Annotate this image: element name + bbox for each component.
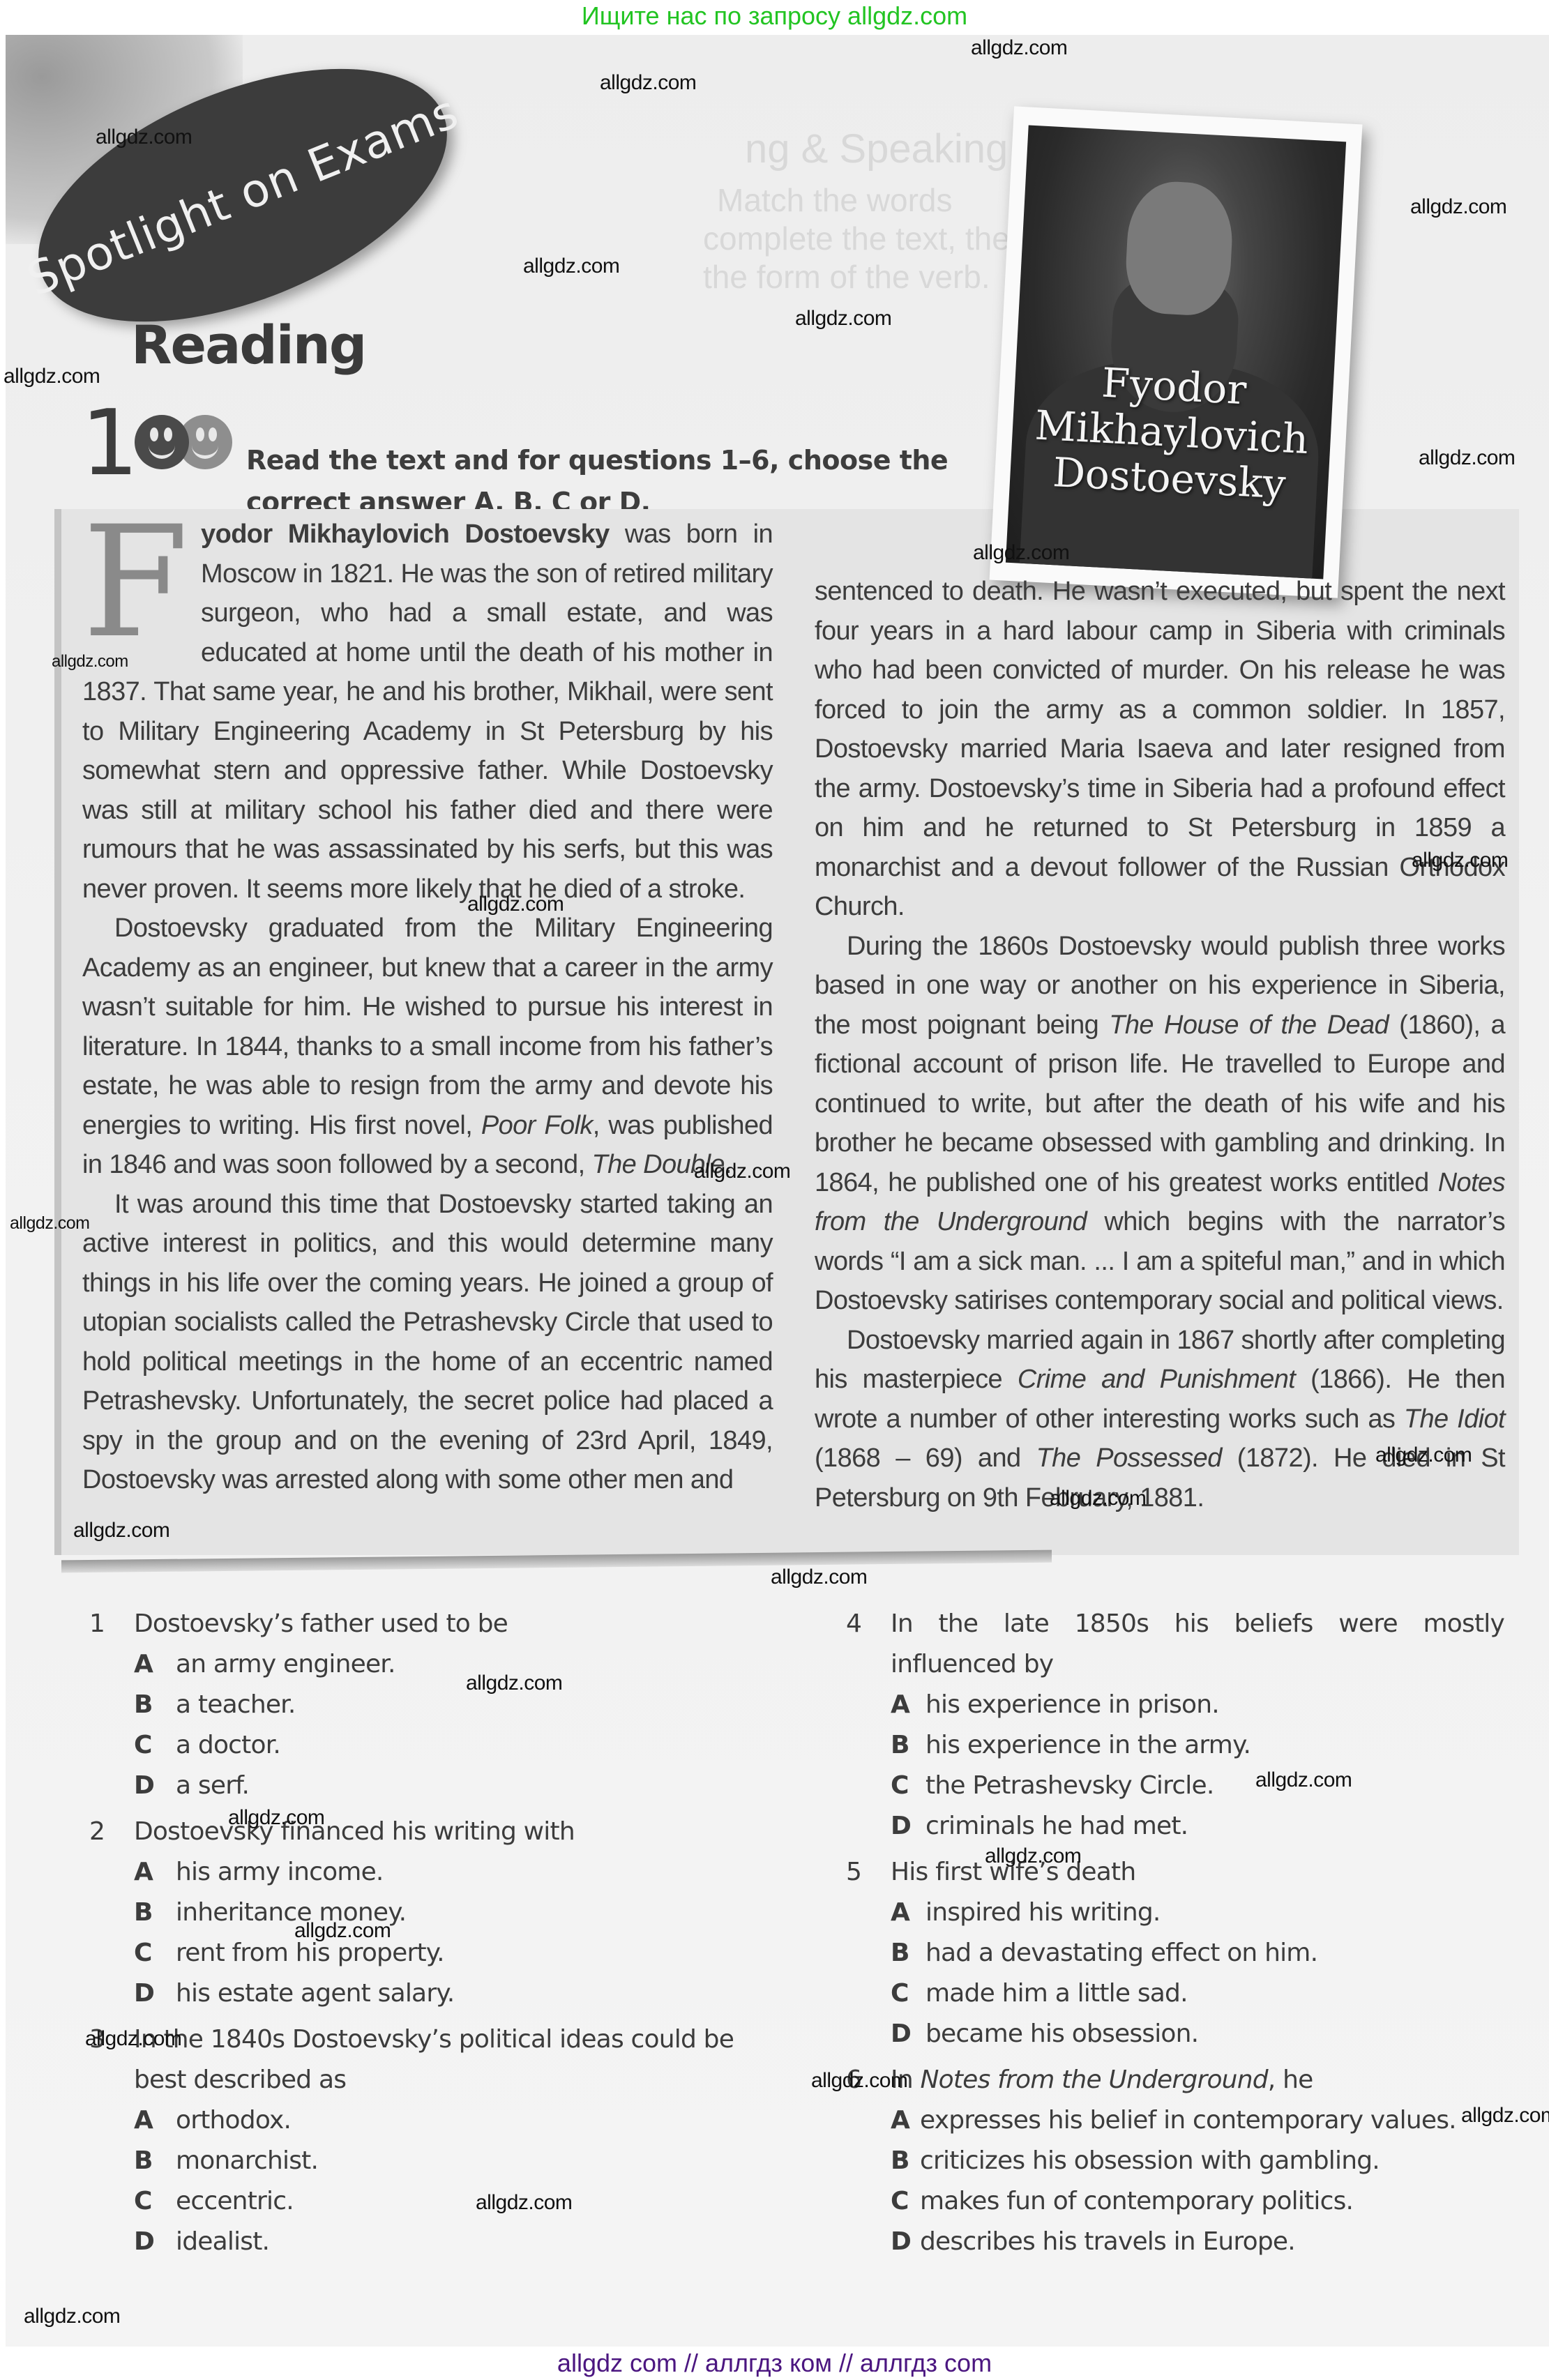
watermark: allgdz.com bbox=[85, 2027, 181, 2051]
watermark: allgdz.com bbox=[294, 1919, 391, 1943]
book-title: The Possessed bbox=[1036, 1443, 1222, 1473]
watermark: allgdz.com bbox=[3, 365, 100, 388]
ghost-line: the form of the verb. bbox=[703, 258, 990, 296]
questions-left-column: 1Dostoevsky’s father used to be Aan army… bbox=[89, 1604, 787, 2268]
book-title: The House of the Dead bbox=[1109, 1010, 1389, 1040]
watermark: allgdz.com bbox=[771, 1566, 867, 1589]
questions-right-column: 4In the late 1850s his beliefs were most… bbox=[846, 1604, 1543, 2268]
watermark: allgdz.com bbox=[1375, 1443, 1472, 1467]
paragraph-6: Dostoevsky married again in 1867 shortly… bbox=[815, 1321, 1505, 1518]
question-number: 5 bbox=[846, 1852, 891, 1893]
ghost-line: complete the text, the bbox=[703, 220, 1010, 257]
answer-option-b[interactable]: Ba teacher. bbox=[89, 1685, 787, 1725]
portrait-image: Fyodor Mikhaylovich Dostoevsky bbox=[1006, 125, 1346, 579]
portrait-caption: Fyodor Mikhaylovich Dostoevsky bbox=[1009, 355, 1334, 510]
watermark: allgdz.com bbox=[1412, 849, 1508, 872]
question-2: 2Dostoevsky financed his writing with Ah… bbox=[89, 1812, 787, 2014]
section-title: Reading bbox=[131, 314, 365, 376]
book-title: The Idiot bbox=[1404, 1404, 1505, 1434]
answer-option-b[interactable]: Bhis experience in the army. bbox=[846, 1725, 1543, 1766]
answer-option-c[interactable]: Ceccentric. bbox=[89, 2181, 787, 2222]
watermark: allgdz.com bbox=[811, 2069, 907, 2093]
answer-option-a[interactable]: Aorthodox. bbox=[89, 2100, 787, 2141]
watermark: allgdz.com bbox=[600, 71, 696, 95]
answer-option-a[interactable]: Ainspired his writing. bbox=[846, 1893, 1543, 1933]
watermark: allgdz.com bbox=[1050, 1487, 1146, 1510]
paragraph-5: During the 1860s Dostoevsky would publis… bbox=[815, 927, 1505, 1321]
watermark: allgdz.com bbox=[52, 652, 128, 672]
watermark: allgdz.com bbox=[795, 307, 891, 331]
answer-option-a[interactable]: Aexpresses his belief in contemporary va… bbox=[846, 2100, 1543, 2141]
question-1: 1Dostoevsky’s father used to be Aan army… bbox=[89, 1604, 787, 1806]
answer-option-d[interactable]: Dbecame his obsession. bbox=[846, 2014, 1543, 2054]
smiley-icon bbox=[135, 415, 189, 469]
passage-column-left: Fyodor Mikhaylovich Dostoevsky was born … bbox=[82, 515, 773, 1500]
answer-option-b[interactable]: Bhad a devastating effect on him. bbox=[846, 1933, 1543, 1973]
watermark: allgdz.com bbox=[985, 1844, 1081, 1868]
watermark: allgdz.com bbox=[1461, 2104, 1549, 2128]
answer-option-a[interactable]: Aan army engineer. bbox=[89, 1644, 787, 1685]
question-number: 1 bbox=[89, 1604, 134, 1644]
watermark: allgdz.com bbox=[973, 541, 1069, 565]
watermark: allgdz.com bbox=[971, 36, 1067, 60]
question-stem: In Notes from the Underground, he bbox=[891, 2060, 1543, 2100]
watermark: allgdz.com bbox=[73, 1519, 169, 1543]
answer-option-b[interactable]: Bcriticizes his obsession with gambling. bbox=[846, 2141, 1543, 2181]
bottom-banner[interactable]: allgdz com // аллгдз ком // аллгдз com bbox=[0, 2347, 1549, 2380]
question-number: 4 bbox=[846, 1604, 891, 1685]
answer-option-c[interactable]: Ca doctor. bbox=[89, 1725, 787, 1766]
question-stem: In the late 1850s his beliefs were mostl… bbox=[891, 1604, 1504, 1685]
watermark: allgdz.com bbox=[1255, 1768, 1352, 1792]
answer-option-a[interactable]: Ahis army income. bbox=[89, 1852, 787, 1893]
watermark: allgdz.com bbox=[466, 1672, 562, 1695]
question-6: 6In Notes from the Underground, he Aexpr… bbox=[846, 2060, 1543, 2262]
question-4: 4In the late 1850s his beliefs were most… bbox=[846, 1604, 1543, 1847]
answer-option-b[interactable]: Bmonarchist. bbox=[89, 2141, 787, 2181]
answer-option-d[interactable]: Da serf. bbox=[89, 1766, 787, 1806]
paragraph-1: Fyodor Mikhaylovich Dostoevsky was born … bbox=[82, 515, 773, 909]
book-title: Poor Folk bbox=[481, 1111, 593, 1140]
watermark: allgdz.com bbox=[24, 2305, 120, 2328]
answer-option-c[interactable]: Cmakes fun of contemporary politics. bbox=[846, 2181, 1543, 2222]
textbook-page: ng & Speaking Skills Match the words com… bbox=[6, 35, 1549, 2347]
top-banner[interactable]: Ищите нас по запросу allgdz.com bbox=[0, 0, 1549, 35]
question-number: 2 bbox=[89, 1812, 134, 1852]
answer-option-c[interactable]: Cthe Petrashevsky Circle. bbox=[846, 1766, 1543, 1806]
answer-option-d[interactable]: Dhis estate agent salary. bbox=[89, 1973, 787, 2014]
ghost-line: Match the words bbox=[717, 181, 952, 219]
answer-option-d[interactable]: Ddescribes his travels in Europe. bbox=[846, 2222, 1543, 2262]
passage-column-right: sentenced to death. He wasn’t executed, … bbox=[815, 572, 1505, 1517]
watermark: allgdz.com bbox=[523, 255, 619, 278]
book-title: Crime and Punishment bbox=[1018, 1365, 1295, 1394]
paragraph-3: It was around this time that Dostoevsky … bbox=[82, 1185, 773, 1500]
exercise-number: 1 bbox=[81, 397, 139, 488]
watermark: allgdz.com bbox=[1419, 446, 1515, 470]
question-5: 5His first wife’s death Ainspired his wr… bbox=[846, 1852, 1543, 2054]
watermark: allgdz.com bbox=[1410, 195, 1506, 219]
pair-work-icon bbox=[135, 415, 239, 471]
watermark: allgdz.com bbox=[694, 1160, 790, 1183]
watermark: allgdz.com bbox=[228, 1806, 324, 1830]
watermark: allgdz.com bbox=[96, 126, 192, 149]
watermark: allgdz.com bbox=[10, 1213, 90, 1234]
watermark: allgdz.com bbox=[476, 2191, 572, 2215]
answer-option-c[interactable]: Crent from his property. bbox=[89, 1933, 787, 1973]
question-stem: In the 1840s Dostoevsky’s political idea… bbox=[134, 2019, 748, 2100]
question-3: 3In the 1840s Dostoevsky’s political ide… bbox=[89, 2019, 787, 2262]
watermark: allgdz.com bbox=[467, 893, 564, 916]
book-title: Notes from the Underground bbox=[920, 2066, 1267, 2094]
dostoevsky-portrait-card: Fyodor Mikhaylovich Dostoevsky bbox=[990, 106, 1363, 598]
answer-option-c[interactable]: Cmade him a little sad. bbox=[846, 1973, 1543, 2014]
answer-option-a[interactable]: Ahis experience in prison. bbox=[846, 1685, 1543, 1725]
dropcap-letter: F bbox=[82, 523, 188, 642]
paragraph-2: Dostoevsky graduated from the Military E… bbox=[82, 909, 773, 1185]
answer-option-d[interactable]: Dcriminals he had met. bbox=[846, 1806, 1543, 1847]
question-stem: Dostoevsky’s father used to be bbox=[134, 1604, 787, 1644]
paragraph-4: sentenced to death. He wasn’t executed, … bbox=[815, 572, 1505, 927]
answer-option-b[interactable]: Binheritance money. bbox=[89, 1893, 787, 1933]
answer-option-d[interactable]: Didealist. bbox=[89, 2222, 787, 2262]
author-name: yodor Mikhaylovich Dostoevsky bbox=[201, 520, 610, 549]
